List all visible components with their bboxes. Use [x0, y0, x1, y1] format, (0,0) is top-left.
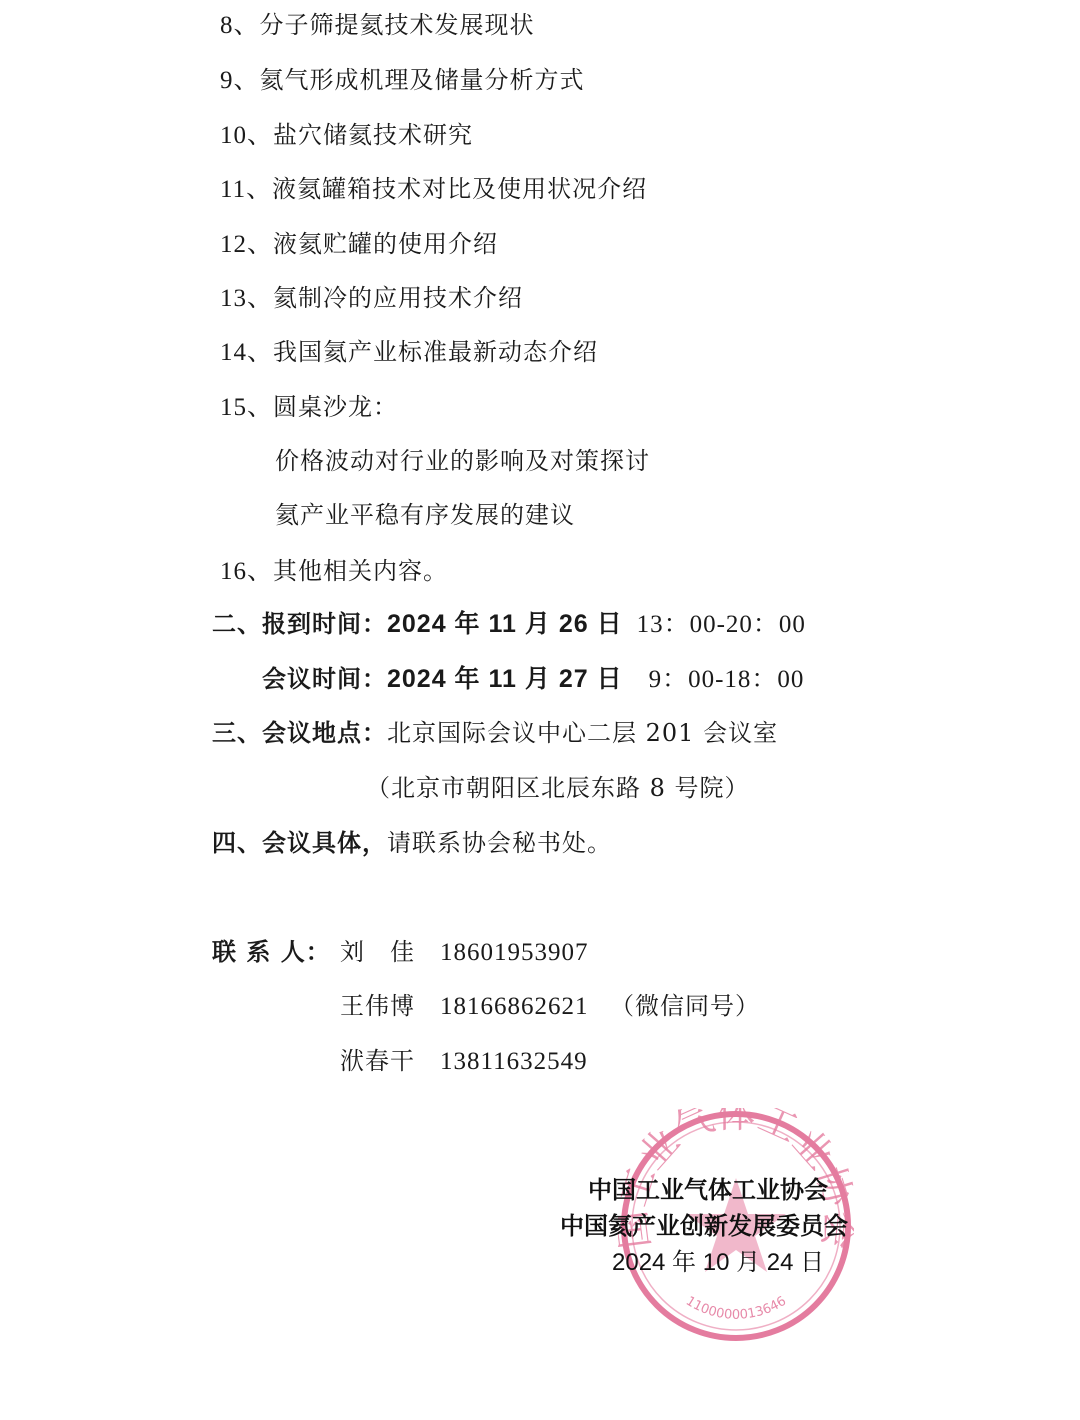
contact-note: （微信同号）: [610, 992, 760, 1020]
item-number: 15、: [220, 394, 273, 421]
venue-name: 北京国际会议中心二层 201 会议室: [387, 719, 778, 747]
agenda-item-11: 11、液氦罐箱技术对比及使用状况介绍: [220, 174, 647, 205]
salon-topic-2: 氦产业平稳有序发展的建议: [275, 500, 575, 530]
meeting-time-line: 会议时间：2024 年 11 月 27 日9：00-18：00: [262, 664, 804, 695]
item-number: 12、: [220, 231, 273, 258]
agenda-item-16: 16、其他相关内容。: [220, 556, 448, 587]
venue-address-line: （北京市朝阳区北辰东路 8 号院）: [366, 773, 750, 803]
agenda-item-8: 8、分子筛提氦技术发展现状: [220, 10, 535, 41]
registration-time-line: 二、报到时间：2024 年 11 月 26 日13：00-20：00: [212, 609, 806, 640]
item-text: 其他相关内容。: [273, 557, 448, 585]
inquiry-label: 会议具体，: [262, 829, 387, 857]
item-text: 盐穴储氦技术研究: [273, 121, 473, 149]
agenda-item-12: 12、液氦贮罐的使用介绍: [220, 229, 498, 260]
item-number: 14、: [220, 339, 273, 366]
item-text: 分子筛提氦技术发展现状: [260, 11, 535, 39]
item-text: 氦气形成机理及储量分析方式: [260, 66, 585, 94]
svg-text:1100000013646: 1100000013646: [683, 1294, 789, 1323]
meeting-label: 会议时间：: [262, 665, 387, 693]
seal-code: 1100000013646: [683, 1294, 789, 1323]
item-text: 我国氦产业标准最新动态介绍: [273, 338, 598, 366]
agenda-item-14: 14、我国氦产业标准最新动态介绍: [220, 337, 598, 368]
inquiry-line: 四、会议具体，请联系协会秘书处。: [212, 828, 612, 858]
item-number: 16、: [220, 558, 273, 585]
contact-phone: 18601953907: [440, 939, 589, 966]
item-text: 液氦罐箱技术对比及使用状况介绍: [272, 175, 647, 203]
contact-row-2: 王伟博18166862621（微信同号）: [340, 991, 760, 1022]
contact-name: 洑春干: [340, 1046, 440, 1076]
registration-hours: 13：00-20：00: [637, 611, 806, 638]
venue-label: 会议地点：: [262, 719, 387, 747]
contact-row-3: 洑春干13811632549: [340, 1046, 588, 1077]
item-text: 液氦贮罐的使用介绍: [273, 230, 498, 258]
item-text: 氦制冷的应用技术介绍: [273, 284, 523, 312]
section-prefix: 二、: [212, 610, 262, 638]
contact-row-1: 刘 佳18601953907: [340, 937, 589, 968]
signature-org-2: 中国氦产业创新发展委员会: [560, 1211, 848, 1241]
salon-topic-text: 价格波动对行业的影响及对策探讨: [275, 447, 650, 475]
registration-label: 报到时间：: [262, 610, 387, 638]
signature-org-1: 中国工业气体工业协会: [588, 1175, 828, 1205]
item-number: 10、: [220, 122, 273, 149]
item-number: 9、: [220, 67, 260, 94]
agenda-item-15: 15、圆桌沙龙：: [220, 392, 398, 423]
item-number: 8、: [220, 12, 260, 39]
item-number: 11、: [220, 176, 272, 203]
section-prefix: 四、: [212, 829, 262, 857]
section-prefix: 三、: [212, 719, 262, 747]
contact-phone: 18166862621: [440, 992, 610, 1022]
item-number: 13、: [220, 285, 273, 312]
agenda-item-9: 9、氦气形成机理及储量分析方式: [220, 65, 585, 96]
venue-address: （北京市朝阳区北辰东路 8 号院）: [366, 774, 750, 802]
item-text: 圆桌沙龙：: [273, 393, 398, 421]
agenda-item-13: 13、氦制冷的应用技术介绍: [220, 283, 523, 314]
salon-topic-text: 氦产业平稳有序发展的建议: [275, 501, 575, 529]
contact-name: 刘 佳: [340, 937, 440, 967]
contact-phone: 13811632549: [440, 1048, 588, 1075]
registration-date: 2024 年 11 月 26 日: [387, 610, 623, 638]
agenda-item-10: 10、盐穴储氦技术研究: [220, 120, 473, 151]
contacts-label: 联 系 人：: [212, 937, 331, 967]
salon-topic-1: 价格波动对行业的影响及对策探讨: [275, 446, 650, 476]
meeting-date: 2024 年 11 月 27 日: [387, 665, 623, 693]
signature-date: 2024 年 10 月 24 日: [612, 1248, 824, 1278]
inquiry-text: 请联系协会秘书处。: [387, 829, 612, 857]
meeting-hours: 9：00-18：00: [649, 666, 805, 693]
venue-line: 三、会议地点：北京国际会议中心二层 201 会议室: [212, 718, 778, 748]
contact-name: 王伟博: [340, 991, 440, 1021]
